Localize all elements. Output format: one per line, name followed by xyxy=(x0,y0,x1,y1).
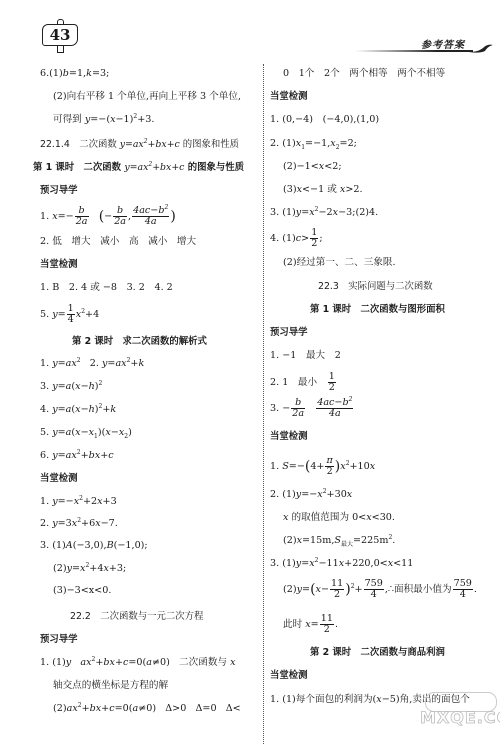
answer-line: 3. (1)y=x2−11x+220,0<x<11 xyxy=(270,558,413,570)
answer-line: 3. (1)A(−3,0),B(−1,0); xyxy=(40,540,148,552)
answer-line: 3. (1)y=x2−2x−3;(2)4. xyxy=(270,207,378,219)
answer-line: 1. (0,−4) (−4,0),(1,0) xyxy=(270,114,379,126)
answer-line: 5. y=a(x−x1)(x−x2) xyxy=(40,427,132,439)
subsection-heading: 当堂检测 xyxy=(270,670,308,682)
answer-line: (2)向右平移 1 个单位,再向上平移 3 个单位, xyxy=(40,91,241,103)
answer-line: 此时 x=112. xyxy=(270,614,338,635)
lesson-heading: 第 2 课时 二次函数与商品利润 xyxy=(310,647,445,659)
subsection-heading: 当堂检测 xyxy=(40,259,78,271)
answer-line: 0 1个 2个 两个相等 两个不相等 xyxy=(270,68,445,80)
lesson-heading: 第 1 课时 二次函数 y=ax2+bx+c 的图象与性质 xyxy=(33,162,244,174)
answer-line: 6.(1)b=1,k=3; xyxy=(40,68,109,80)
answer-line: 1. −1 最大 2 xyxy=(270,350,341,362)
answer-line: 4. y=a(x−h)2+k xyxy=(40,404,116,416)
answer-line: 3. −b2a 4ac−b24a xyxy=(270,398,354,419)
page-number: 43 xyxy=(42,24,78,46)
answer-line: 2. y=3x2+6x−7. xyxy=(40,518,118,530)
answer-line: (2)y=(x−112)2+7594,∴面积最小值为7594. xyxy=(270,579,477,600)
column-divider xyxy=(263,64,264,744)
header-rule xyxy=(355,50,473,52)
section-heading: 22.3 实际问题与二次函数 xyxy=(318,281,433,293)
answer-line: 2. 1 最小 12 xyxy=(270,372,337,393)
lesson-heading: 第 2 课时 求二次函数的解析式 xyxy=(72,336,207,348)
answer-line: 1. B 2. 4 或 −8 3. 2 4. 2 xyxy=(40,282,173,294)
badge-peg-bottom xyxy=(57,45,64,53)
answer-line: (2)经过第一、二、三象限. xyxy=(270,257,396,269)
answer-line: 2. (1)y=−x2+30x xyxy=(270,489,352,501)
section-title: 参考答案 xyxy=(421,36,465,51)
answer-line: 1. y=−x2+2x+3 xyxy=(40,496,117,508)
answer-line: 1. y=ax2 2. y=ax2+k xyxy=(40,358,144,370)
answer-line: 6. y=ax2+bx+c xyxy=(40,450,114,462)
answer-line: x 的取值范围为 0<x<30. xyxy=(270,512,395,524)
answer-line: (2)−1<x<2; xyxy=(270,161,342,173)
answer-line: (2)y=x2+4x+3; xyxy=(40,563,126,575)
answer-line: (2)x=15m,S最大=225m2. xyxy=(270,535,395,547)
answer-line: 2. 低 增大 减小 高 减小 增大 xyxy=(40,236,196,248)
answer-line: (3)x<−1 或 x>2. xyxy=(270,184,363,196)
answer-line: 5. y=14x2+4 xyxy=(40,304,99,325)
section-heading: 22.1.4 二次函数 y=ax2+bx+c 的图象和性质 xyxy=(40,139,239,151)
subsection-heading: 预习导学 xyxy=(40,185,78,197)
answer-line: 3. y=a(x−h)2 xyxy=(40,381,102,393)
answer-line: 4. (1)c>12; xyxy=(270,228,323,249)
watermark-text: MXQE.COM xyxy=(420,708,500,727)
swoosh-icon xyxy=(469,42,493,54)
answer-key-page: 43 参考答案 6.(1)b=1,k=3; (2)向右平移 1 个单位,再向上平… xyxy=(0,0,500,750)
answer-line: 2. (1)x1=−1,x2=2; xyxy=(270,138,357,150)
subsection-heading: 当堂检测 xyxy=(40,473,78,485)
answer-line: (3)−3<x<0. xyxy=(40,585,111,597)
lesson-heading: 第 1 课时 二次函数与图形面积 xyxy=(310,304,445,316)
subsection-heading: 预习导学 xyxy=(40,634,78,646)
answer-line: 轴交点的横坐标是方程的解 xyxy=(40,680,168,692)
answer-line: 1. x=−b2a (−b2a,4ac−b24a) xyxy=(40,206,176,227)
section-heading: 22.2 二次函数与一元二次方程 xyxy=(70,611,203,623)
section-header: 参考答案 xyxy=(355,36,495,56)
subsection-heading: 预习导学 xyxy=(270,327,308,339)
subsection-heading: 当堂检测 xyxy=(270,431,308,443)
subsection-heading: 当堂检测 xyxy=(270,91,308,103)
page-number-badge: 43 xyxy=(42,18,78,48)
answer-line: (2)ax2+bx+c=0(a≠0) Δ>0 Δ=0 Δ< xyxy=(40,703,241,715)
answer-line: 1. S=−(4+π2)x2+10x xyxy=(270,456,375,477)
answer-line: 可得到 y=−(x−1)2+3. xyxy=(40,114,154,126)
answer-line: 1. (1)y ax2+bx+c=0(a≠0) 二次函数与 x xyxy=(40,657,235,669)
